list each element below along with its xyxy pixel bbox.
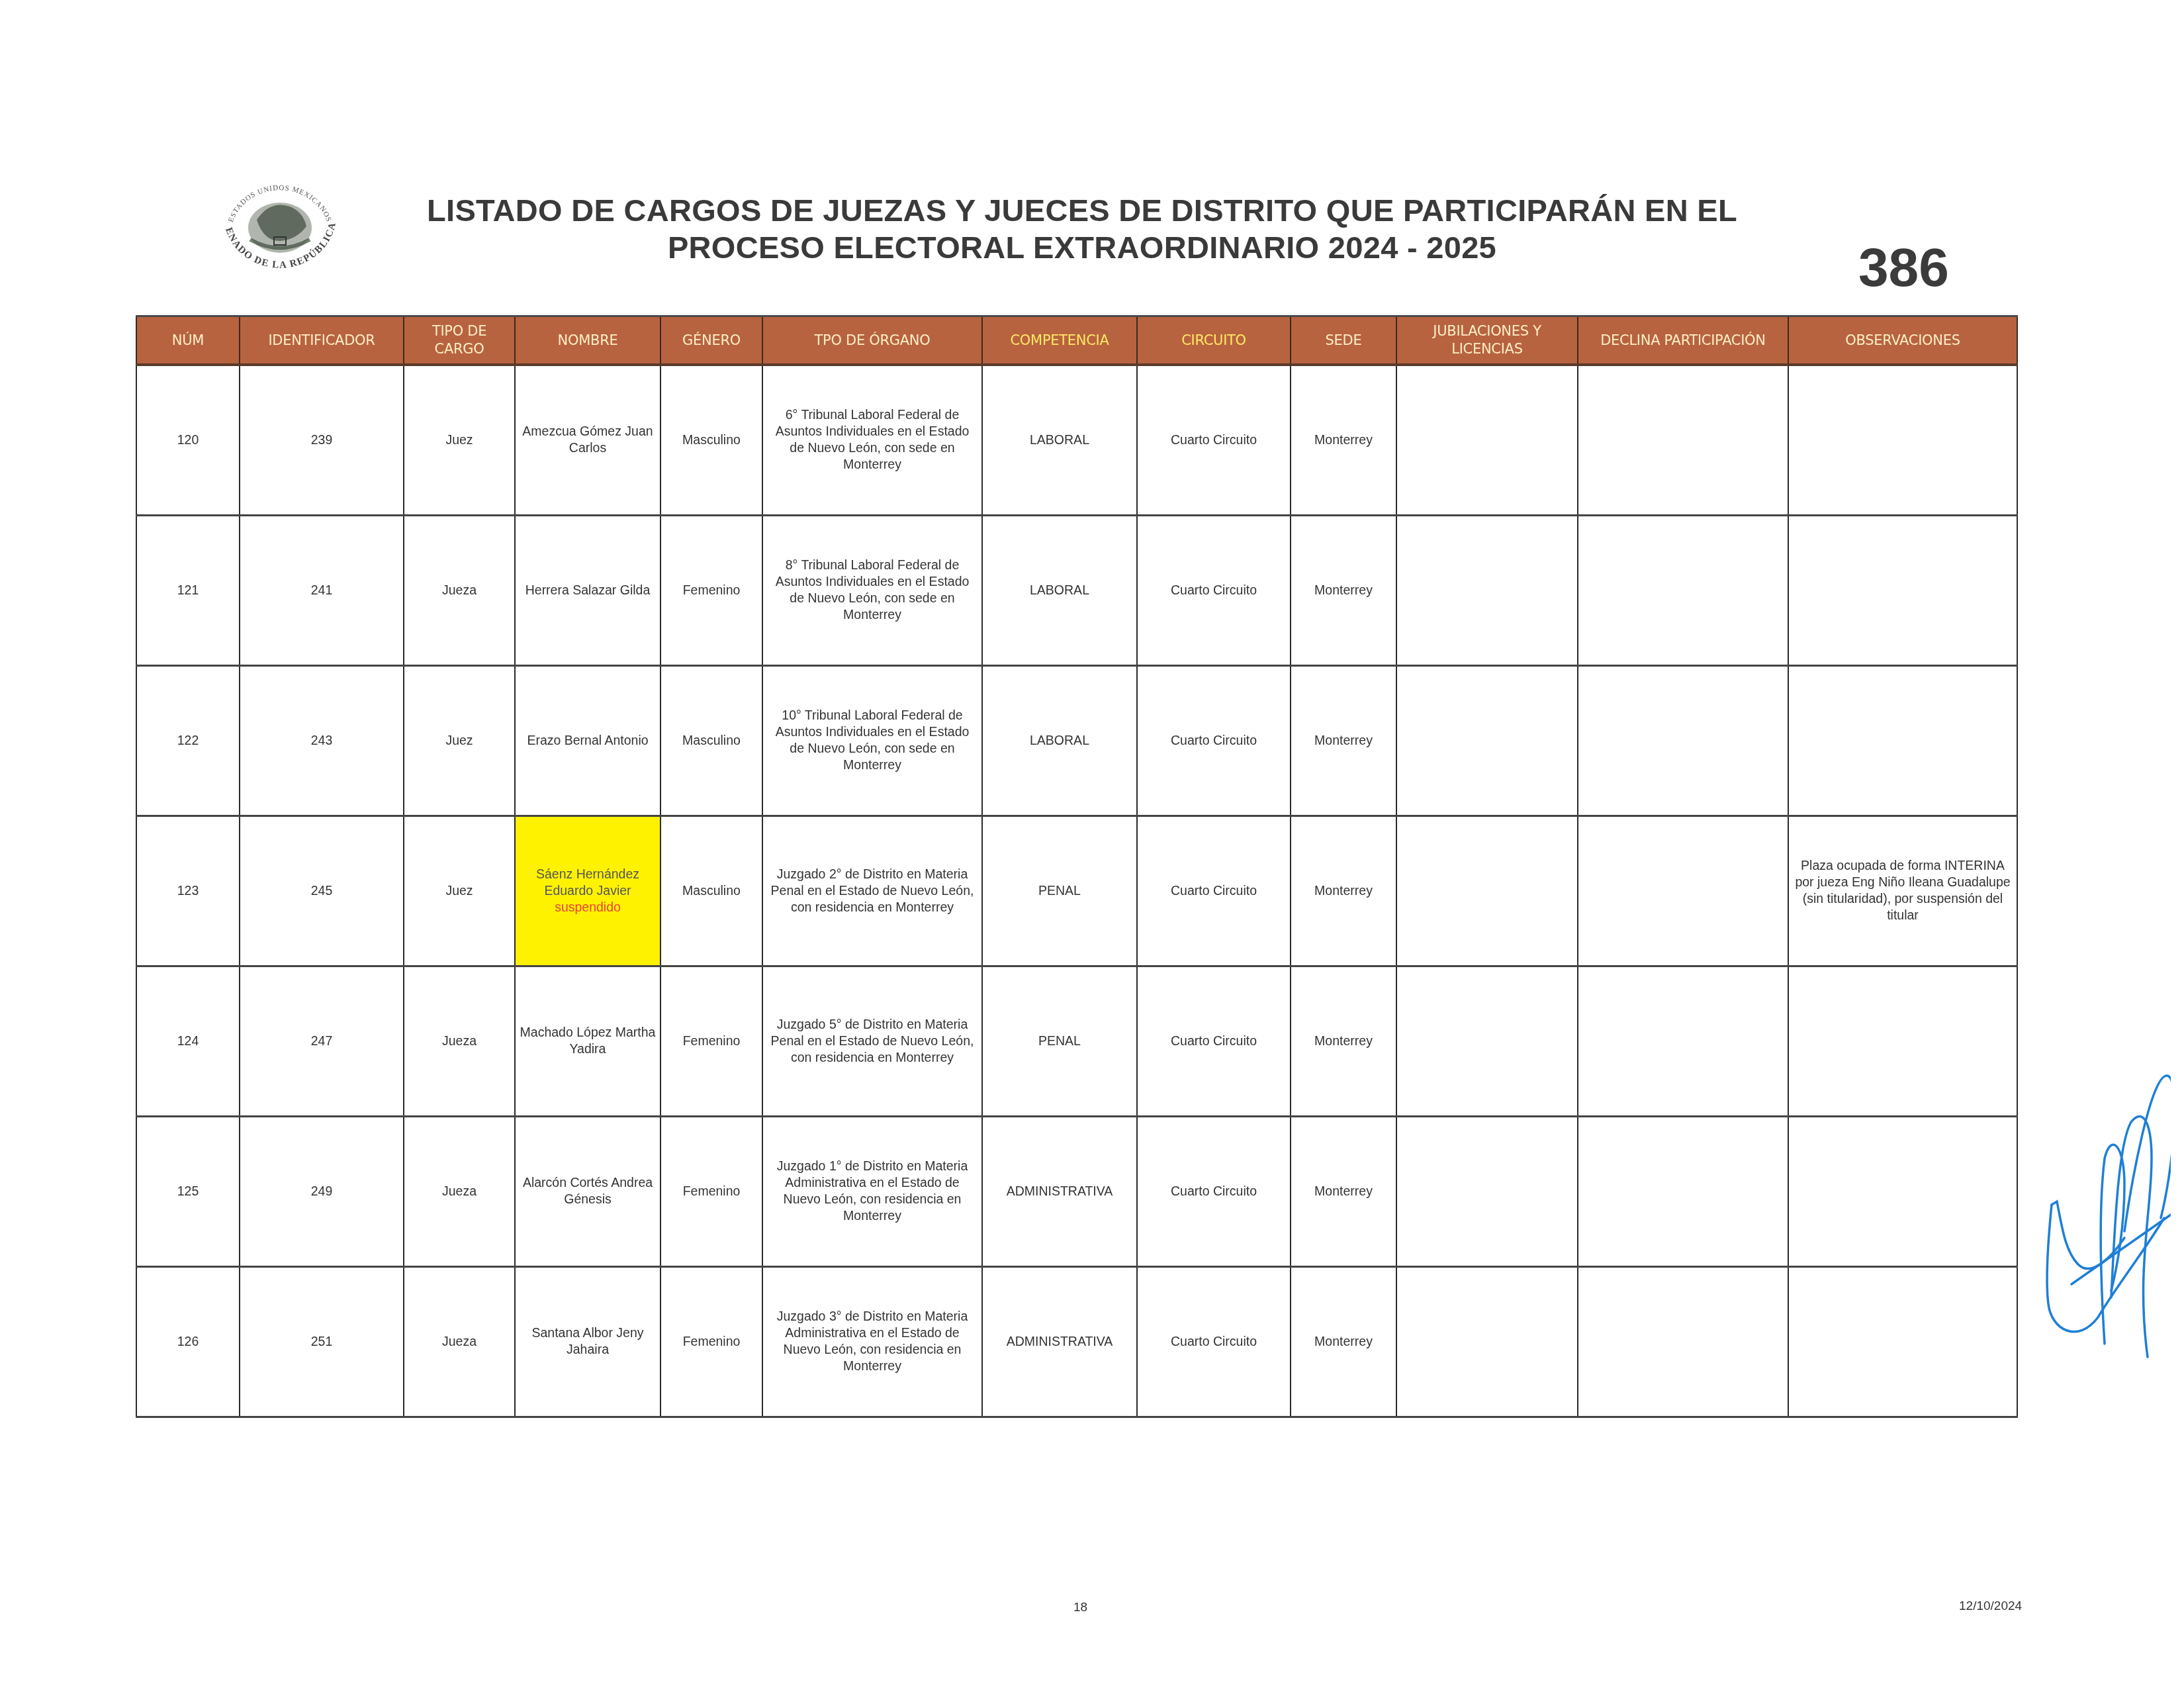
judge-name: Erazo Bernal Antonio	[527, 733, 648, 748]
cell-sede: Monterrey	[1291, 1117, 1396, 1267]
table-row: 123245JuezSáenz Hernández Eduardo Javier…	[136, 816, 2017, 966]
cell-circuito: Cuarto Circuito	[1137, 516, 1291, 666]
cell-observaciones	[1788, 666, 2017, 816]
col-header-observaciones: OBSERVACIONES	[1788, 316, 2017, 365]
cell-tipo-organo: Juzgado 1° de Distrito en Materia Admini…	[762, 1117, 982, 1267]
cell-genero: Masculino	[660, 816, 762, 966]
status-badge: suspendido	[520, 900, 656, 916]
judge-name: Amezcua Gómez Juan Carlos	[522, 424, 653, 455]
table-row: 124247JuezaMachado López Martha YadiraFe…	[136, 966, 2017, 1117]
cell-declina	[1578, 1267, 1788, 1417]
col-header-competencia: COMPETENCIA	[982, 316, 1137, 365]
col-header-sede: SEDE	[1291, 316, 1396, 365]
cell-sede: Monterrey	[1291, 365, 1396, 516]
table-header-row: NÚM IDENTIFICADOR TIPO DE CARGO NOMBRE G…	[136, 316, 2017, 365]
cell-nombre: Sáenz Hernández Eduardo Javiersuspendido	[515, 816, 660, 966]
cell-tipo-organo: Juzgado 3° de Distrito en Materia Admini…	[762, 1267, 982, 1417]
cell-num: 126	[136, 1267, 240, 1417]
cell-tipo-organo: Juzgado 2° de Distrito en Materia Penal …	[762, 816, 982, 966]
cell-tipo-cargo: Jueza	[404, 966, 515, 1117]
cell-observaciones	[1788, 516, 2017, 666]
table-row: 121241JuezaHerrera Salazar GildaFemenino…	[136, 516, 2017, 666]
table-row: 122243JuezErazo Bernal AntonioMasculino1…	[136, 666, 2017, 816]
cell-num: 121	[136, 516, 240, 666]
cell-declina	[1578, 516, 1788, 666]
cell-circuito: Cuarto Circuito	[1137, 1117, 1291, 1267]
col-header-nombre: NOMBRE	[515, 316, 660, 365]
cell-genero: Femenino	[660, 516, 762, 666]
document-title: LISTADO DE CARGOS DE JUEZAS Y JUECES DE …	[371, 192, 1794, 266]
page-stamp-number: 386	[1858, 237, 1949, 299]
cell-genero: Femenino	[660, 1267, 762, 1417]
cell-tipo-organo: Juzgado 5° de Distrito en Materia Penal …	[762, 966, 982, 1117]
cell-num: 120	[136, 365, 240, 516]
col-header-tipo-cargo: TIPO DE CARGO	[404, 316, 515, 365]
cell-competencia: LABORAL	[982, 365, 1137, 516]
cell-sede: Monterrey	[1291, 1267, 1396, 1417]
cell-circuito: Cuarto Circuito	[1137, 816, 1291, 966]
col-header-jubilaciones: JUBILACIONES Y LICENCIAS	[1396, 316, 1578, 365]
cell-nombre: Herrera Salazar Gilda	[515, 516, 660, 666]
cell-sede: Monterrey	[1291, 966, 1396, 1117]
cell-observaciones	[1788, 365, 2017, 516]
cell-tipo-cargo: Juez	[404, 816, 515, 966]
judge-name: Santana Albor Jeny Jahaira	[531, 1326, 643, 1357]
cell-genero: Femenino	[660, 966, 762, 1117]
cell-tipo-cargo: Jueza	[404, 1117, 515, 1267]
coat-of-arms-icon: ESTADOS UNIDOS MEXICANOS SENADO DE LA RE…	[210, 173, 349, 286]
title-line-2: PROCESO ELECTORAL EXTRAORDINARIO 2024 - …	[371, 229, 1794, 266]
table-row: 126251JuezaSantana Albor Jeny JahairaFem…	[136, 1267, 2017, 1417]
cell-identificador: 243	[240, 666, 404, 816]
cell-jubilaciones	[1396, 816, 1578, 966]
cell-observaciones	[1788, 1117, 2017, 1267]
cell-jubilaciones	[1396, 516, 1578, 666]
col-header-declina: DECLINA PARTICIPACIÓN	[1578, 316, 1788, 365]
judge-name: Sáenz Hernández Eduardo Javier	[520, 867, 656, 900]
cell-identificador: 245	[240, 816, 404, 966]
cell-competencia: ADMINISTRATIVA	[982, 1267, 1137, 1417]
cell-genero: Masculino	[660, 666, 762, 816]
cell-observaciones	[1788, 966, 2017, 1117]
cell-declina	[1578, 666, 1788, 816]
judge-name: Herrera Salazar Gilda	[525, 583, 651, 598]
cell-declina	[1578, 365, 1788, 516]
cell-identificador: 239	[240, 365, 404, 516]
cell-sede: Monterrey	[1291, 516, 1396, 666]
cell-jubilaciones	[1396, 966, 1578, 1117]
cell-tipo-cargo: Jueza	[404, 1267, 515, 1417]
cell-tipo-cargo: Juez	[404, 666, 515, 816]
judge-name: Alarcón Cortés Andrea Génesis	[523, 1176, 653, 1207]
cell-identificador: 241	[240, 516, 404, 666]
cell-num: 125	[136, 1117, 240, 1267]
cell-identificador: 251	[240, 1267, 404, 1417]
cell-nombre: Erazo Bernal Antonio	[515, 666, 660, 816]
col-header-num: NÚM	[136, 316, 240, 365]
judge-name: Machado López Martha Yadira	[520, 1025, 656, 1056]
cell-nombre: Santana Albor Jeny Jahaira	[515, 1267, 660, 1417]
col-header-tipo-organo: TPO DE ÓRGANO	[762, 316, 982, 365]
handwritten-signature-icon	[2038, 1066, 2171, 1364]
cell-num: 123	[136, 816, 240, 966]
col-header-identificador: IDENTIFICADOR	[240, 316, 404, 365]
cell-tipo-organo: 8° Tribunal Laboral Federal de Asuntos I…	[762, 516, 982, 666]
table-row: 120239JuezAmezcua Gómez Juan CarlosMascu…	[136, 365, 2017, 516]
cell-identificador: 249	[240, 1117, 404, 1267]
cell-jubilaciones	[1396, 1117, 1578, 1267]
footer-page-number: 18	[1073, 1601, 1087, 1615]
cell-competencia: ADMINISTRATIVA	[982, 1117, 1137, 1267]
cell-observaciones	[1788, 1267, 2017, 1417]
cell-declina	[1578, 1117, 1788, 1267]
cell-circuito: Cuarto Circuito	[1137, 666, 1291, 816]
cell-jubilaciones	[1396, 365, 1578, 516]
cell-circuito: Cuarto Circuito	[1137, 1267, 1291, 1417]
cell-competencia: PENAL	[982, 816, 1137, 966]
cell-jubilaciones	[1396, 666, 1578, 816]
footer-date: 12/10/2024	[1959, 1599, 2022, 1614]
cell-tipo-organo: 10° Tribunal Laboral Federal de Asuntos …	[762, 666, 982, 816]
cell-nombre: Machado López Martha Yadira	[515, 966, 660, 1117]
cell-circuito: Cuarto Circuito	[1137, 966, 1291, 1117]
cell-nombre: Alarcón Cortés Andrea Génesis	[515, 1117, 660, 1267]
table-body: 120239JuezAmezcua Gómez Juan CarlosMascu…	[136, 365, 2017, 1417]
cell-circuito: Cuarto Circuito	[1137, 365, 1291, 516]
cell-declina	[1578, 816, 1788, 966]
col-header-circuito: CIRCUITO	[1137, 316, 1291, 365]
table-row: 125249JuezaAlarcón Cortés Andrea Génesis…	[136, 1117, 2017, 1267]
cell-genero: Masculino	[660, 365, 762, 516]
title-line-1: LISTADO DE CARGOS DE JUEZAS Y JUECES DE …	[371, 192, 1794, 229]
cell-num: 122	[136, 666, 240, 816]
cell-jubilaciones	[1396, 1267, 1578, 1417]
cell-observaciones: Plaza ocupada de forma INTERINA por juez…	[1788, 816, 2017, 966]
cell-sede: Monterrey	[1291, 666, 1396, 816]
cell-declina	[1578, 966, 1788, 1117]
judges-table: NÚM IDENTIFICADOR TIPO DE CARGO NOMBRE G…	[136, 315, 2018, 1418]
cell-identificador: 247	[240, 966, 404, 1117]
cell-nombre: Amezcua Gómez Juan Carlos	[515, 365, 660, 516]
cell-genero: Femenino	[660, 1117, 762, 1267]
col-header-genero: GÉNERO	[660, 316, 762, 365]
cell-tipo-cargo: Jueza	[404, 516, 515, 666]
cell-tipo-organo: 6° Tribunal Laboral Federal de Asuntos I…	[762, 365, 982, 516]
cell-num: 124	[136, 966, 240, 1117]
cell-tipo-cargo: Juez	[404, 365, 515, 516]
cell-competencia: PENAL	[982, 966, 1137, 1117]
cell-competencia: LABORAL	[982, 516, 1137, 666]
cell-competencia: LABORAL	[982, 666, 1137, 816]
cell-sede: Monterrey	[1291, 816, 1396, 966]
